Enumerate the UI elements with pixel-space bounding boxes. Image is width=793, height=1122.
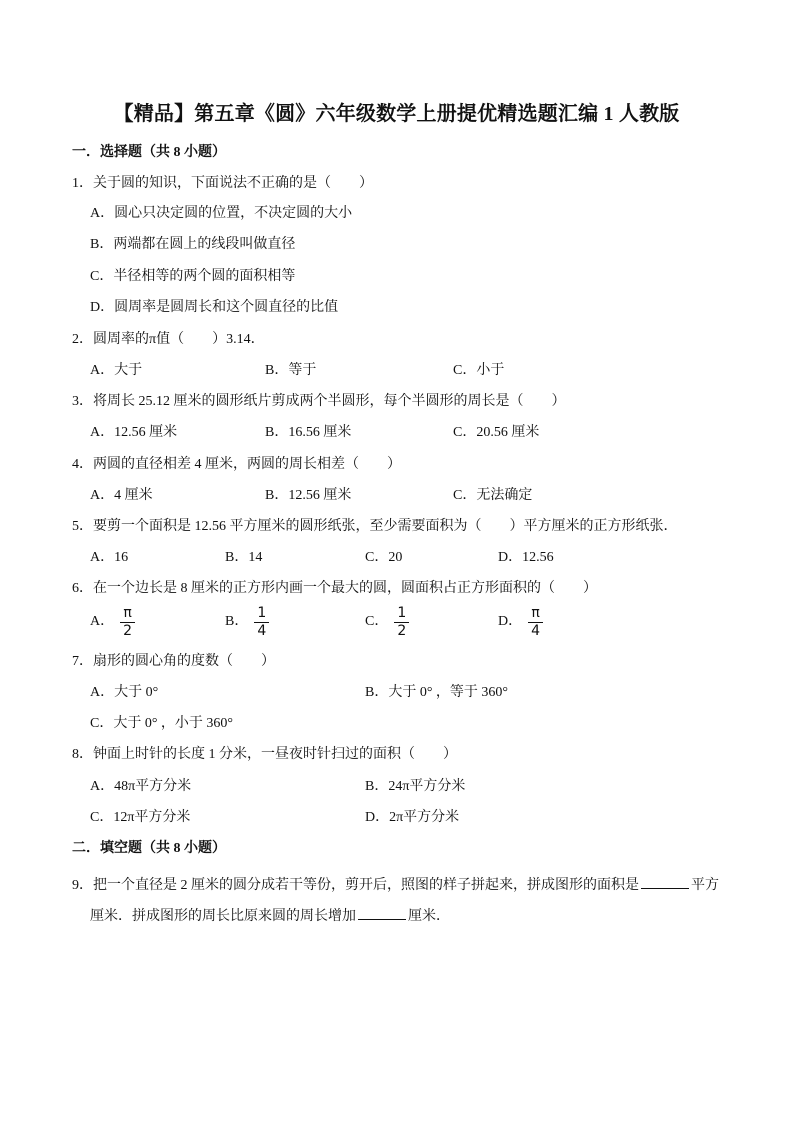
question-9-text-part-3: 厘米．拼成图形的周长比原来圆的周长增加 [90,909,356,924]
answer-blank-2[interactable] [358,905,406,920]
fraction-numerator: π [528,606,542,623]
question-9-line-1: 9．把一个直径是 2 厘米的圆分成若干等份，剪开后，照图的样子拼起来，拼成图形的… [72,874,719,893]
question-8-option-d: D．2π平方分米 [365,811,459,825]
question-6-option-a: A．π2 [90,606,135,638]
question-8-stem: 8．钟面上时针的长度 1 分米，一昼夜时针扫过的面积（ ） [72,748,457,762]
question-3-stem: 3．将周长 25.12 厘米的圆形纸片剪成两个半圆形，每个半圆形的周长是（ ） [72,395,566,409]
question-3-option-c: C．20.56 厘米 [453,426,539,440]
fraction-denominator: 4 [528,623,543,639]
question-6-option-d: D．π4 [498,606,543,638]
question-2-stem: 2．圆周率的π值（ ）3.14． [72,333,265,347]
question-3-option-b: B．16.56 厘米 [265,426,351,440]
question-5-stem: 5．要剪一个面积是 12.56 平方厘米的圆形纸张，至少需要面积为（ ）平方厘米… [72,520,678,534]
question-3-option-a: A．12.56 厘米 [90,426,177,440]
question-9-text-part-4: 厘米． [408,909,450,924]
page-title: 【精品】第五章《圆》六年级数学上册提优精选题汇编 1 人教版 [0,104,793,124]
question-5-option-d: D．12.56 [498,551,554,565]
fraction: 12 [394,606,409,638]
question-2-option-a: A．大于 [90,364,142,378]
question-5-option-c: C．20 [365,551,402,565]
section-heading-multiple-choice: 一．选择题（共 8 小题） [72,146,226,160]
fraction-numerator: 1 [394,606,409,623]
fraction-numerator: 1 [254,606,269,623]
question-5-option-b: B．14 [225,551,262,565]
fraction-numerator: π [120,606,134,623]
question-4-option-a: A．4 厘米 [90,489,153,503]
question-2-option-c: C．小于 [453,364,504,378]
question-2-option-b: B．等于 [265,364,316,378]
fraction-denominator: 2 [394,623,409,639]
question-8-option-b: B．24π平方分米 [365,780,465,794]
option-label: D． [498,615,522,629]
question-1-stem: 1．关于圆的知识，下面说法不正确的是（ ） [72,177,373,191]
fraction: π4 [528,606,543,638]
question-9-line-2: 厘米．拼成图形的周长比原来圆的周长增加厘米． [90,905,450,924]
question-1-option-c: C．半径相等的两个圆的面积相等 [90,270,295,284]
question-5-option-a: A．16 [90,551,128,565]
question-6-option-b: B．14 [225,606,269,638]
question-7-stem: 7．扇形的圆心角的度数（ ） [72,655,275,669]
question-7-option-b: B．大于 0° ，等于 360° [365,686,508,700]
question-7-option-c: C．大于 0° ，小于 360° [90,717,233,731]
question-9-text-part-1: 9．把一个直径是 2 厘米的圆分成若干等份，剪开后，照图的样子拼起来，拼成图形的… [72,878,639,893]
fraction: 14 [254,606,269,638]
question-1-option-d: D．圆周率是圆周长和这个圆直径的比值 [90,301,338,315]
question-4-stem: 4．两圆的直径相差 4 厘米，两圆的周长相差（ ） [72,458,401,472]
question-4-option-c: C．无法确定 [453,489,532,503]
question-7-option-a: A．大于 0° [90,686,158,700]
question-6-stem: 6．在一个边长是 8 厘米的正方形内画一个最大的圆，圆面积占正方形面积的（ ） [72,582,597,596]
option-label: A． [90,615,114,629]
question-9-text-part-2: 平方 [691,878,719,893]
question-1-option-b: B．两端都在圆上的线段叫做直径 [90,238,295,252]
question-4-option-b: B．12.56 厘米 [265,489,351,503]
question-8-option-a: A．48π平方分米 [90,780,191,794]
section-heading-fill-in-blank: 二．填空题（共 8 小题） [72,842,226,856]
option-label: C． [365,615,388,629]
question-1-option-a: A．圆心只决定圆的位置，不决定圆的大小 [90,207,352,221]
fraction-denominator: 2 [120,623,135,639]
question-8-option-c: C．12π平方分米 [90,811,190,825]
option-label: B． [225,615,248,629]
answer-blank-1[interactable] [641,874,689,889]
question-6-option-c: C．12 [365,606,409,638]
fraction-denominator: 4 [254,623,269,639]
fraction: π2 [120,606,135,638]
